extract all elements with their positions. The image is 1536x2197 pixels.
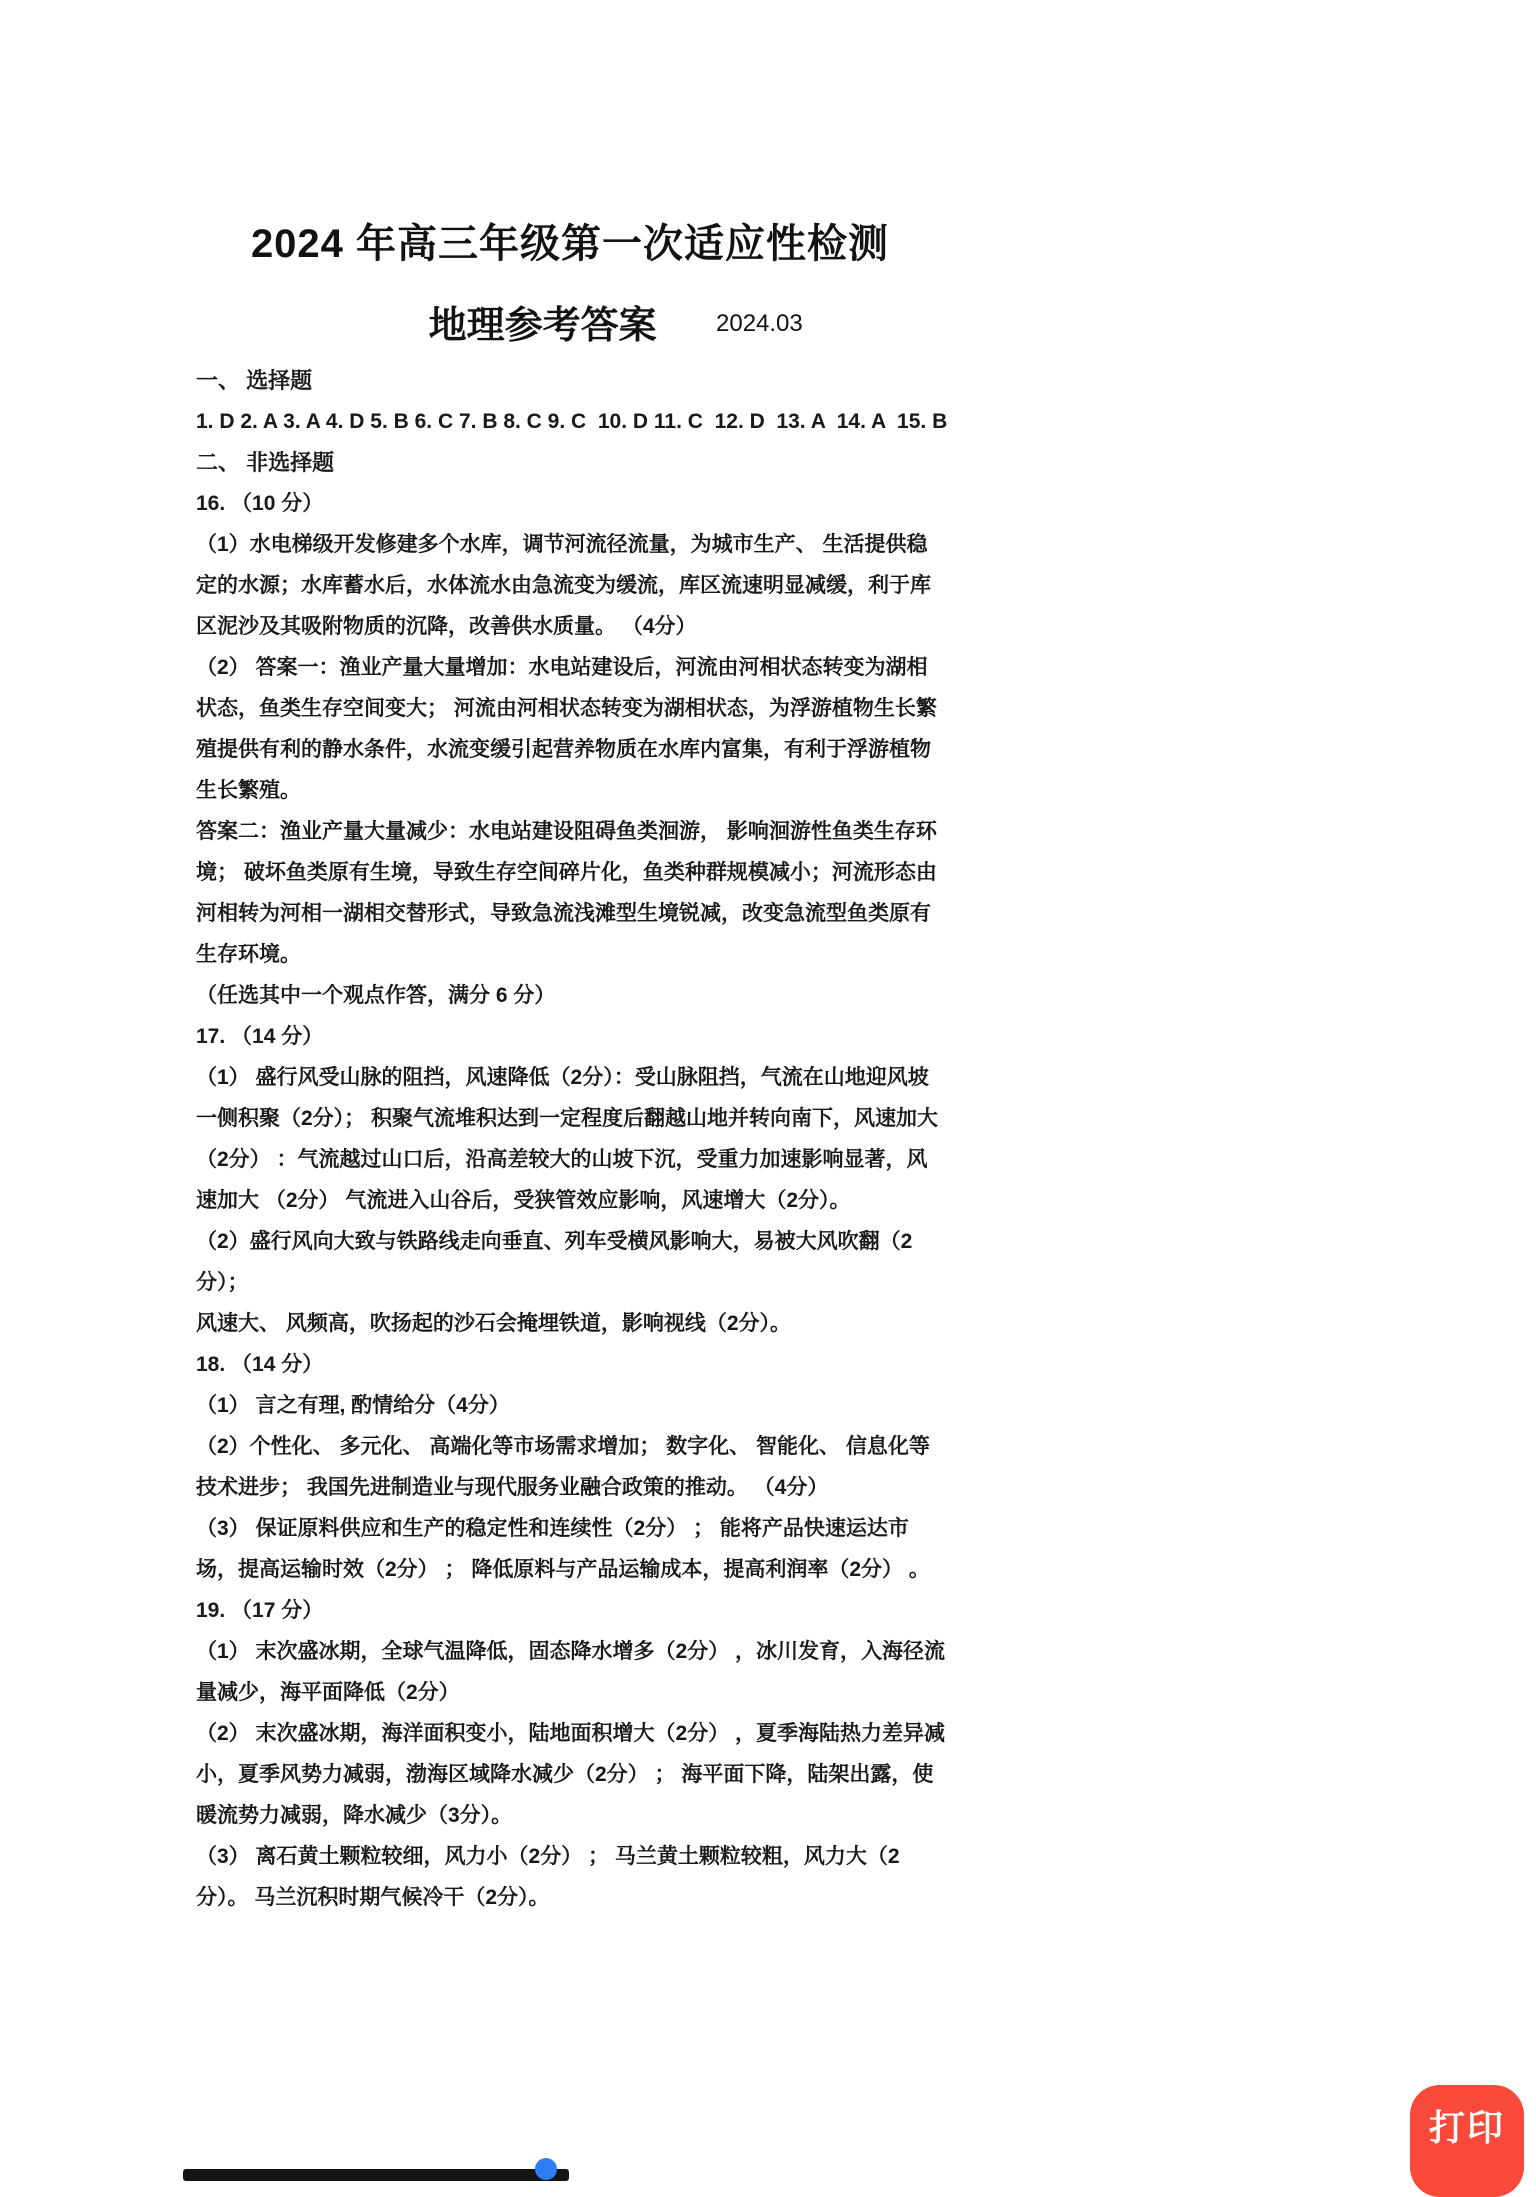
q16-note: （任选其中一个观点作答，满分 6 分）: [196, 975, 948, 1016]
q16-header: 16. （10 分）: [196, 483, 948, 524]
q18-part3: （3） 保证原料供应和生产的稳定性和连续性（2分） ； 能将产品快速运达市场，提…: [196, 1508, 948, 1590]
q16-part2-answer1: （2） 答案一：渔业产量大量增加：水电站建设后，河流由河相状态转变为湖相状态，鱼…: [196, 647, 948, 811]
heading-multiple-choice: 一、 选择题: [196, 360, 948, 401]
subtitle-row: 地理参考答案 2024.03: [196, 294, 944, 344]
q16-part1: （1）水电梯级开发修建多个水库，调节河流径流量，为城市生产、 生活提供稳定的水源…: [196, 524, 948, 647]
print-button[interactable]: 打印: [1410, 2085, 1524, 2178]
q17-part2-line1: （2）盛行风向大致与铁路线走向垂直、列车受横风影响大，易被大风吹翻（2分）；: [196, 1221, 948, 1303]
q17-part2-line2: 风速大、 风频高，吹扬起的沙石会掩埋铁道，影响视线（2分）。: [196, 1303, 948, 1344]
q18-part1: （1） 言之有理, 酌情给分（4分）: [196, 1385, 948, 1426]
blue-dot-indicator: [535, 2158, 557, 2178]
q16-part2-answer2: 答案二：渔业产量大量减少：水电站建设阻碍鱼类洄游， 影响洄游性鱼类生存环境； 破…: [196, 811, 948, 975]
q19-part2: （2） 末次盛冰期，海洋面积变小，陆地面积增大（2分） ，夏季海陆热力差异减小，…: [196, 1713, 948, 1836]
answer-body: 一、 选择题1. D 2. A 3. A 4. D 5. B 6. C 7. B…: [196, 360, 948, 1918]
q19-part3: （3） 离石黄土颗粒较细，风力小（2分） ； 马兰黄土颗粒较粗，风力大（2分）。…: [196, 1836, 948, 1918]
document-page: 2024 年高三年级第一次适应性检测 地理参考答案 2024.03 一、 选择题…: [0, 0, 1536, 2178]
document-title: 2024 年高三年级第一次适应性检测: [196, 212, 944, 269]
q17-part1: （1） 盛行风受山脉的阻挡，风速降低（2分）：受山脉阻挡，气流在山地迎风坡一侧积…: [196, 1057, 948, 1221]
q19-header: 19. （17 分）: [196, 1590, 948, 1631]
q18-part2: （2）个性化、 多元化、 高端化等市场需求增加； 数字化、 智能化、 信息化等技…: [196, 1426, 948, 1508]
bottom-bar: [183, 2169, 569, 2178]
document-subtitle: 地理参考答案: [429, 294, 657, 349]
q18-header: 18. （14 分）: [196, 1344, 948, 1385]
multiple-choice-answers: 1. D 2. A 3. A 4. D 5. B 6. C 7. B 8. C …: [196, 401, 948, 442]
q19-part1: （1） 末次盛冰期，全球气温降低，固态降水增多（2分） ，冰川发育，入海径流量减…: [196, 1631, 948, 1713]
document-date: 2024.03: [716, 310, 803, 338]
q17-header: 17. （14 分）: [196, 1016, 948, 1057]
heading-non-choice: 二、 非选择题: [196, 442, 948, 483]
print-button-label: 打印: [1429, 2100, 1505, 2151]
